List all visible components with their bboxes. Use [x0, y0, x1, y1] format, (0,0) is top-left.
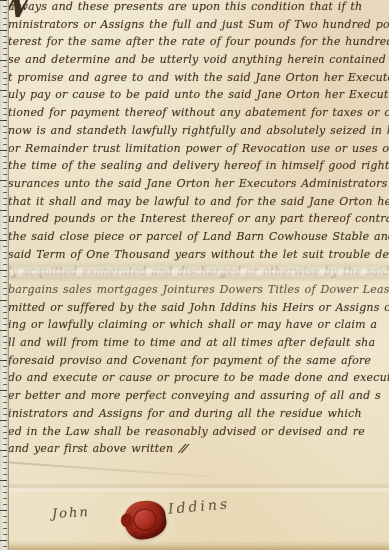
manuscript-line: always and these presents are upon this …	[8, 0, 389, 16]
manuscript-line: do and execute or cause or procure to be…	[8, 369, 389, 387]
manuscript-line: t promise and agree to and with the said…	[8, 69, 389, 87]
manuscript-line: uly pay or cause to be paid unto the sai…	[8, 86, 389, 104]
manuscript-line: ll and will from time to time and at all…	[8, 334, 389, 352]
manuscript-line: se and determine and be utterly void any…	[8, 51, 389, 69]
manuscript-line: undred pounds or the Interest thereof or…	[8, 210, 389, 228]
manuscript-line: surances unto the said Jane Orton her Ex…	[8, 175, 389, 193]
manuscript-line: ed in the Law shall be reasonably advise…	[8, 423, 389, 441]
manuscript-line: or Remainder trust limitation power of R…	[8, 140, 389, 158]
manuscript-line: ing or lawfully claiming or which shall …	[8, 316, 389, 334]
manuscript-line: terest for the same after the rate of fo…	[8, 33, 389, 51]
closing-line-text: and year first above written	[8, 442, 173, 455]
manuscript-line: tioned for payment thereof without any a…	[8, 104, 389, 122]
manuscript-line: foresaid proviso and Covenant for paymen…	[8, 352, 389, 370]
manuscript-line: the said close piece or parcel of Land B…	[8, 228, 389, 246]
signature-first-name: John	[52, 505, 91, 522]
manuscript-line: bargains sales mortgages Jointures Dower…	[8, 281, 389, 299]
manuscript-line-faded: ly acquitted exonerated and discharged o…	[8, 263, 389, 281]
pen-flourish: //	[177, 440, 189, 458]
ruler-long-tick-marks	[0, 0, 7, 550]
manuscript-line: now is and standeth lawfully rightfully …	[8, 122, 389, 140]
manuscript-line: said Term of One Thousand years without …	[8, 246, 389, 264]
manuscript-line: ministrators or Assigns the full and jus…	[8, 16, 389, 34]
measuring-ruler	[0, 0, 9, 550]
photo-bottom-edge	[0, 541, 389, 550]
manuscript-line: er better and more perfect conveying and…	[8, 387, 389, 405]
manuscript-line: that it shall and may be lawful to and f…	[8, 193, 389, 211]
manuscript-line: the time of the sealing and delivery her…	[8, 157, 389, 175]
manuscript-line: inistrators and Assigns for and during a…	[8, 405, 389, 423]
manuscript-closing-line: and year first above written//	[8, 440, 389, 458]
manuscript-line: mitted or suffered by the said John Iddi…	[8, 299, 389, 317]
manuscript-text-block: always and these presents are upon this …	[8, 0, 389, 476]
